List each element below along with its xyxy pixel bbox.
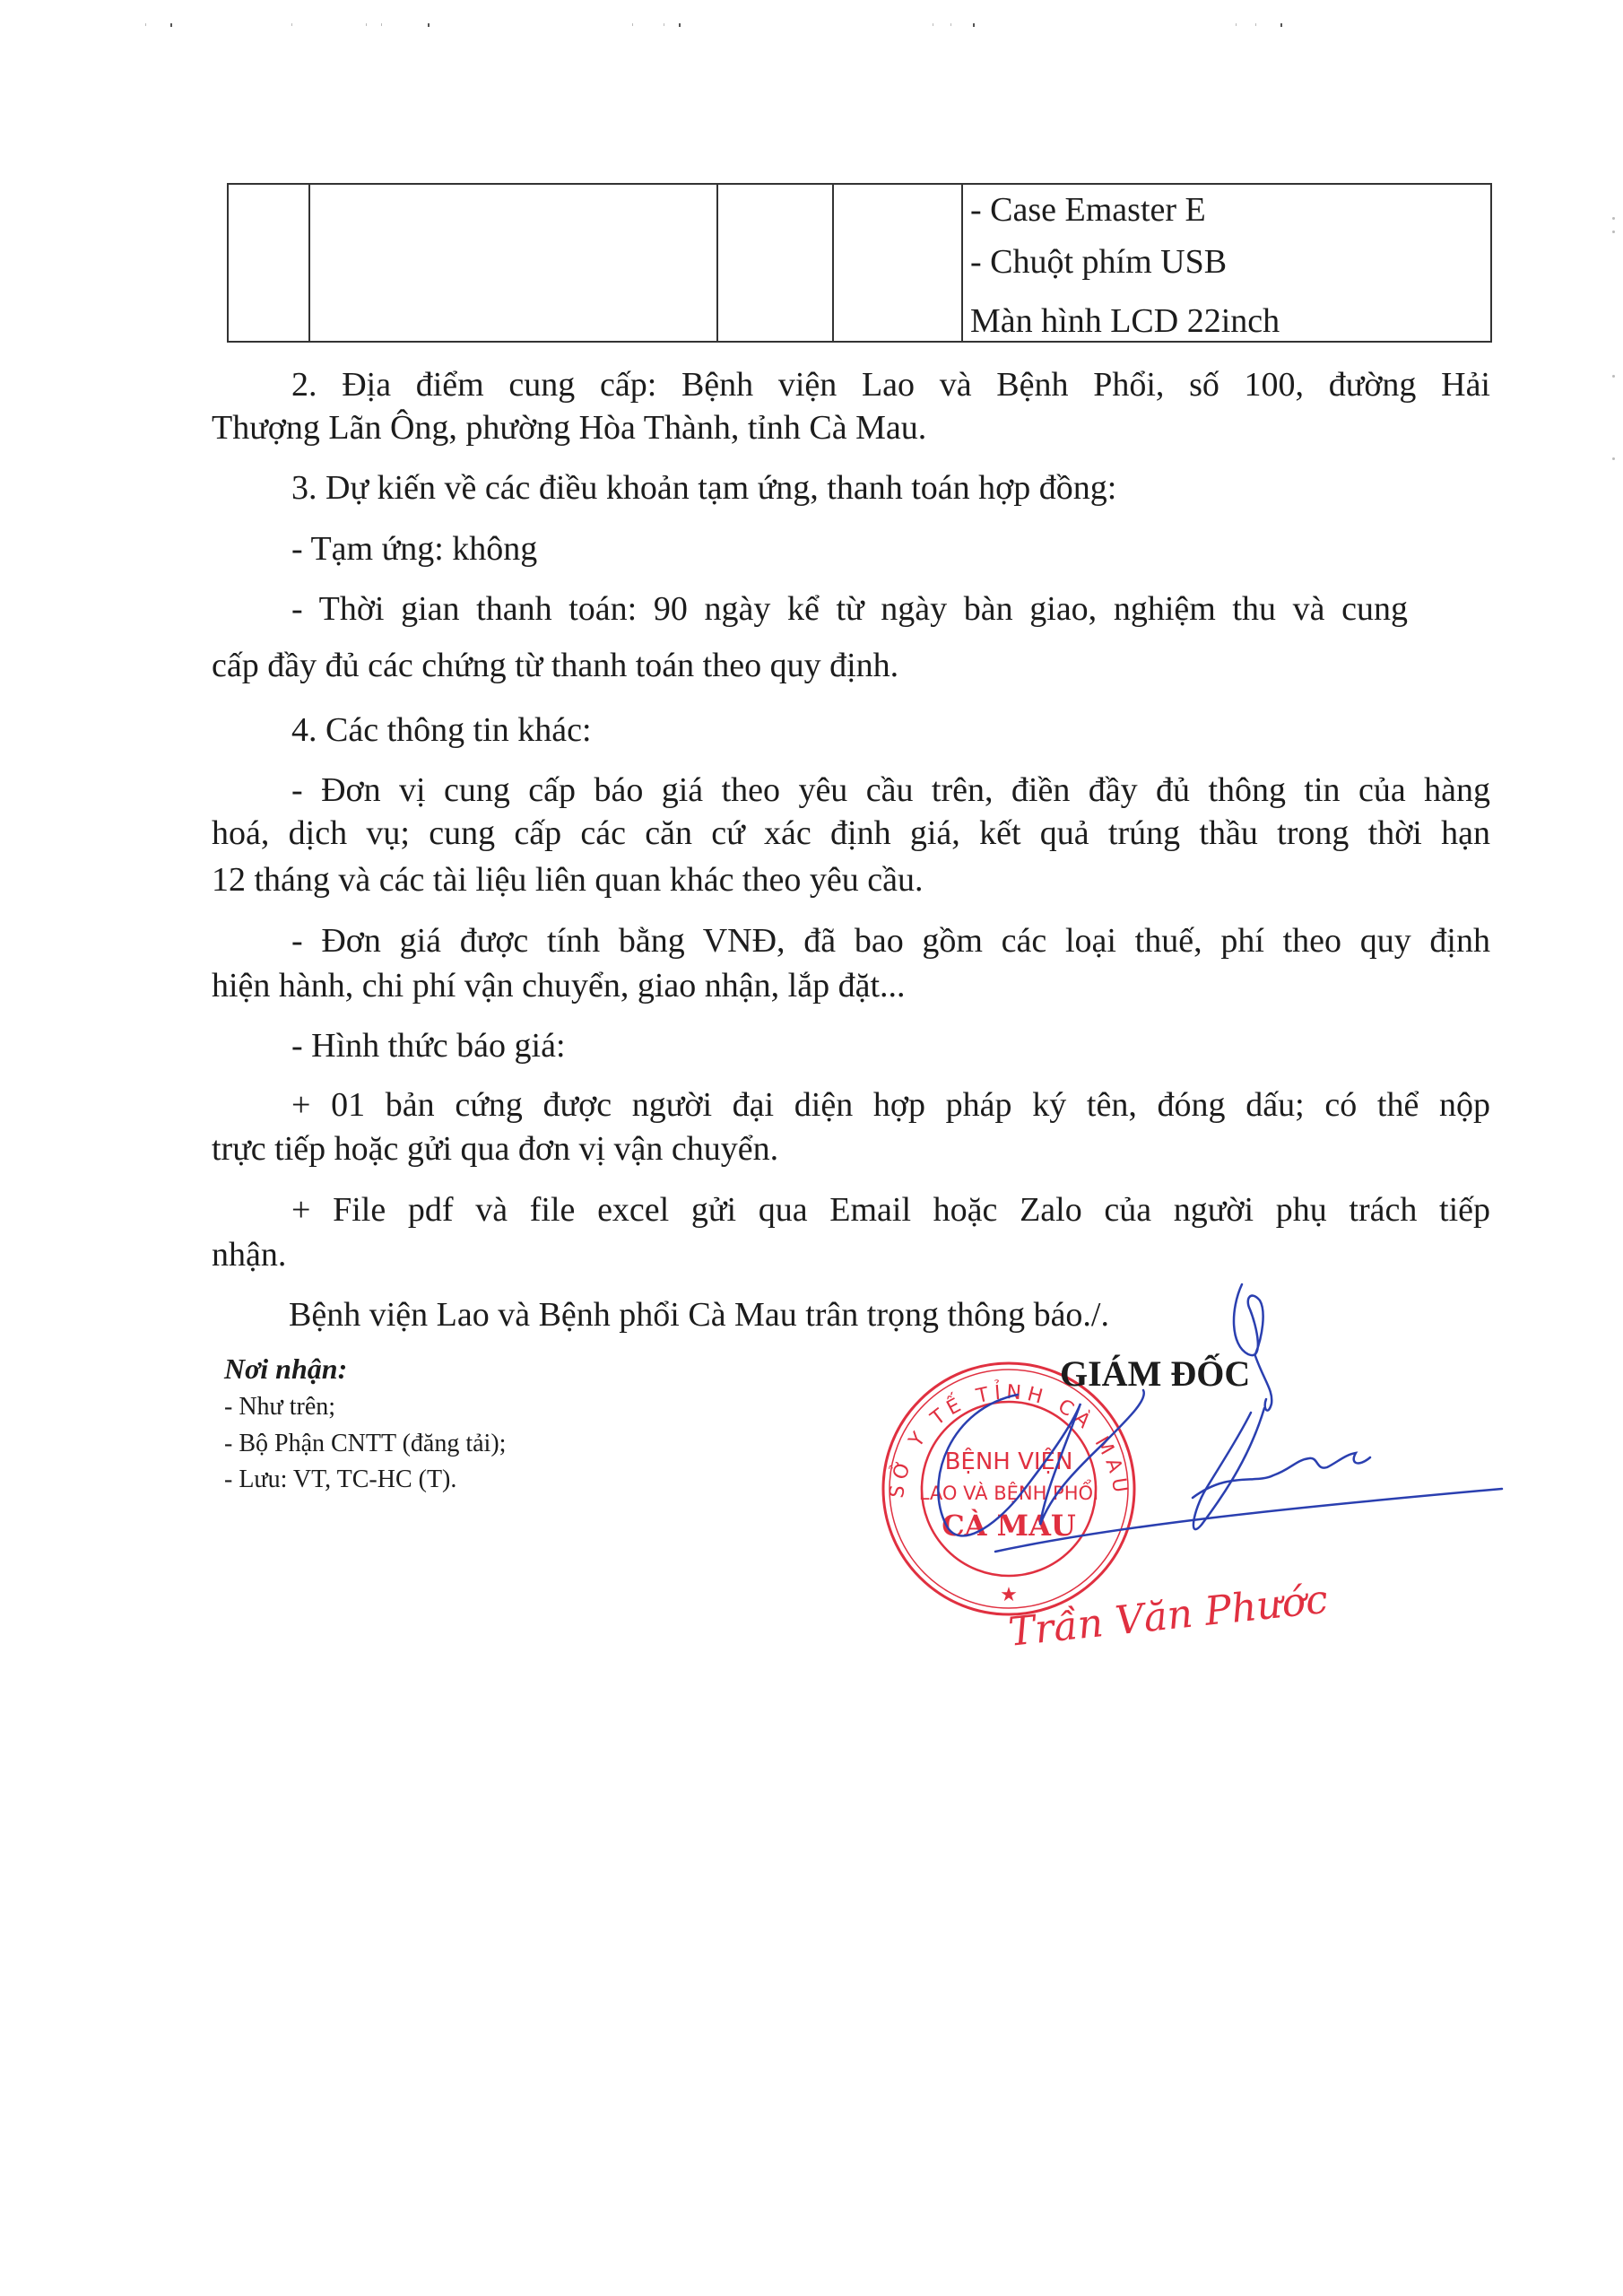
scan-marks: [0, 0, 1623, 36]
equipment-table-fragment: [227, 183, 1492, 343]
section-2-line-1: 2. Địa điểm cung cấp: Bệnh viện Lao và B…: [291, 368, 1490, 402]
recipient-item: - Như trên;: [224, 1393, 335, 1422]
recipient-item: - Bộ Phận CNTT (đăng tải);: [224, 1430, 506, 1458]
spec-line: Màn hình LCD 22inch: [970, 301, 1280, 341]
section-2-line-2: Thượng Lãn Ông, phường Hòa Thành, tỉnh C…: [212, 411, 926, 445]
supplier-line-2: hoá, dịch vụ; cung cấp các căn cứ xác đị…: [212, 816, 1490, 850]
handwritten-signature: [897, 1256, 1506, 1596]
price-line-2: hiện hành, chi phí vận chuyển, giao nhận…: [212, 969, 906, 1003]
payment-term-line-1: - Thời gian thanh toán: 90 ngày kể từ ng…: [291, 592, 1408, 626]
supplier-line-1: - Đơn vị cung cấp báo giá theo yêu cầu t…: [291, 773, 1490, 807]
table-column-divider: [961, 185, 963, 341]
price-line-1: - Đơn giá được tính bằng VNĐ, đã bao gồm…: [291, 924, 1490, 958]
table-column-divider: [716, 185, 718, 341]
advance-payment: - Tạm ứng: không: [291, 532, 537, 566]
supplier-line-3: 12 tháng và các tài liệu liên quan khác …: [212, 863, 923, 897]
hardcopy-line-1: + 01 bản cứng được người đại diện hợp ph…: [291, 1088, 1490, 1122]
spec-line: - Case Emaster E: [970, 190, 1206, 230]
section-3-heading: 3. Dự kiến về các điều khoản tạm ứng, th…: [291, 471, 1116, 505]
hardcopy-line-2: trực tiếp hoặc gửi qua đơn vị vận chuyển…: [212, 1132, 778, 1166]
quote-form-heading: - Hình thức báo giá:: [291, 1029, 566, 1063]
spec-line: - Chuột phím USB: [970, 242, 1227, 282]
file-line-1: + File pdf và file excel gửi qua Email h…: [291, 1193, 1490, 1227]
payment-term-line-2: cấp đầy đủ các chứng từ thanh toán theo …: [212, 648, 898, 683]
table-column-divider: [832, 185, 834, 341]
file-line-2: nhận.: [212, 1238, 286, 1272]
table-column-divider: [308, 185, 310, 341]
recipient-item: - Lưu: VT, TC-HC (T).: [224, 1465, 456, 1494]
section-4-heading: 4. Các thông tin khác:: [291, 713, 592, 747]
recipients-title: Nơi nhận:: [224, 1352, 347, 1386]
scan-edge-dots: [1612, 161, 1616, 700]
